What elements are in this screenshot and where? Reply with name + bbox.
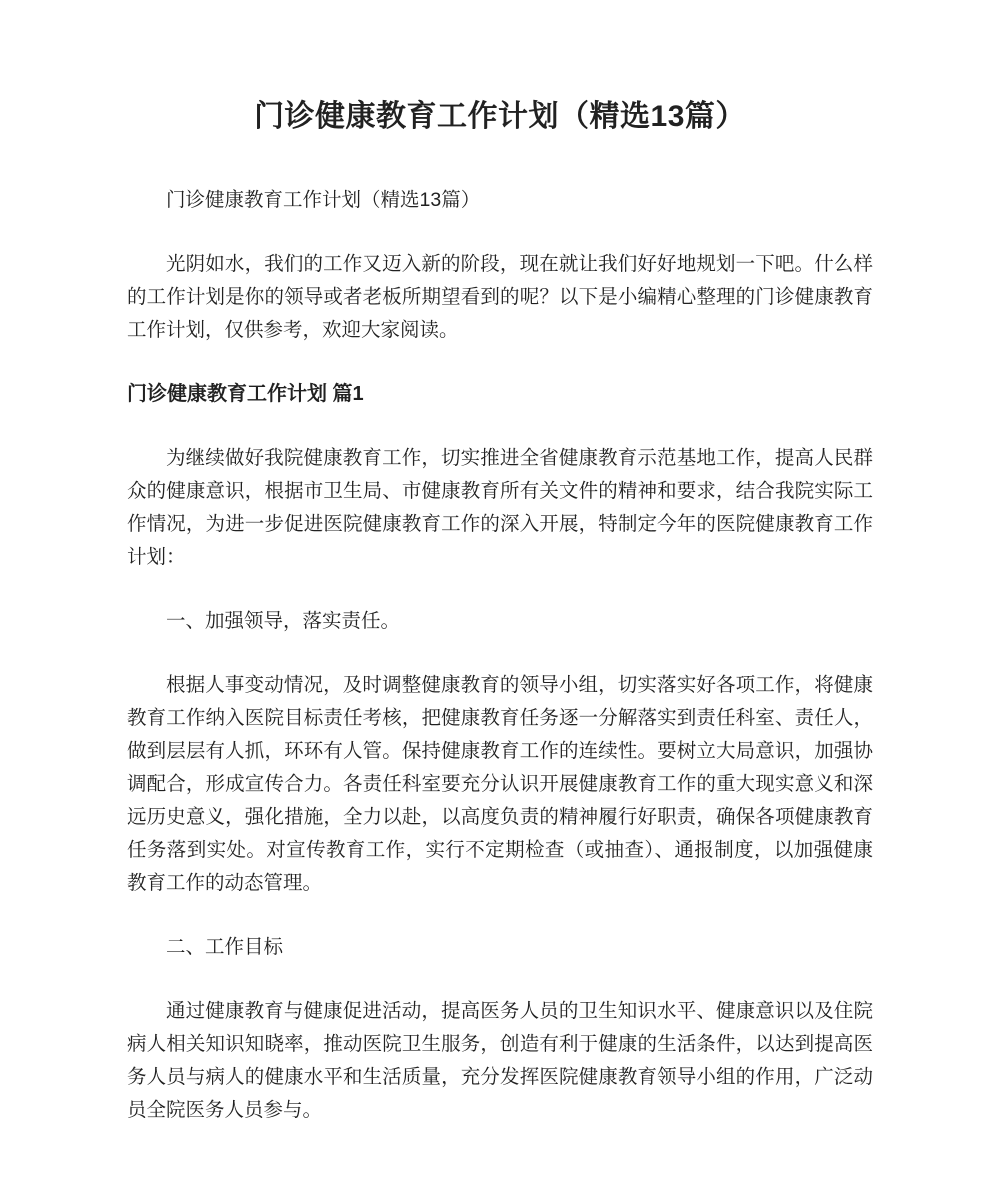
body-paragraph: 为继续做好我院健康教育工作，切实推进全省健康教育示范基地工作，提高人民群众的健康… <box>127 442 873 574</box>
document-title: 门诊健康教育工作计划（精选13篇） <box>127 97 873 138</box>
lead-paragraph: 光阴如水，我们的工作又迈入新的阶段，现在就让我们好好地规划一下吧。什么样的工作计… <box>127 248 873 347</box>
section-heading-part-1: 门诊健康教育工作计划 篇1 <box>127 378 873 411</box>
body-paragraph: 通过健康教育与健康促进活动，提高医务人员的卫生知识水平、健康意识以及住院病人相关… <box>127 995 873 1127</box>
body-paragraph: 根据人事变动情况，及时调整健康教育的领导小组，切实落实好各项工作，将健康教育工作… <box>127 669 873 900</box>
intro-paragraph: 门诊健康教育工作计划（精选13篇） <box>127 184 873 217</box>
list-item-1-heading: 一、加强领导，落实责任。 <box>127 605 873 638</box>
document-page: 门诊健康教育工作计划（精选13篇） 门诊健康教育工作计划（精选13篇） 光阴如水… <box>0 0 1000 1188</box>
list-item-2-heading: 二、工作目标 <box>127 931 873 964</box>
